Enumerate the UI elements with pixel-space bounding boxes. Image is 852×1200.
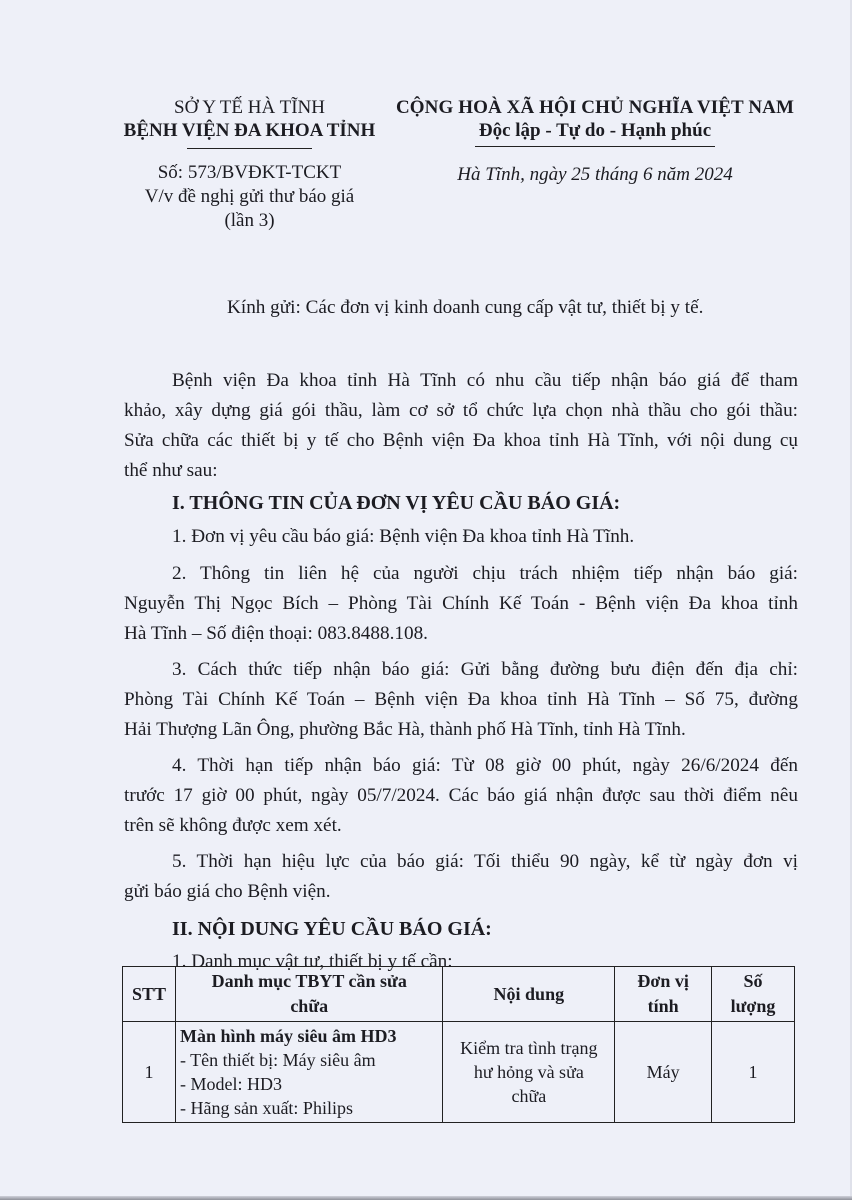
col-header-item-line-1: Danh mục TBYT cần sửa — [180, 969, 439, 994]
hospital-name: BỆNH VIỆN ĐA KHOA TỈNH — [112, 119, 387, 142]
content-line-1: Kiểm tra tình trạng — [447, 1036, 610, 1060]
national-header: CỘNG HOÀ XÃ HỘI CHỦ NGHĨA VIỆT NAM Độc l… — [365, 96, 825, 187]
intro-line-1: Bệnh viện Đa khoa tỉnh Hà Tĩnh có nhu cầ… — [172, 370, 798, 392]
section-1-item-3-line-1: 3. Cách thức tiếp nhận báo giá: Gửi bằng… — [172, 659, 798, 681]
section-1-item-5-line-1: 5. Thời hạn hiệu lực của báo giá: Tối th… — [172, 851, 798, 873]
col-header-unit: Đơn vị tính — [615, 967, 712, 1022]
item-title: Màn hình máy siêu âm HD3 — [180, 1024, 439, 1048]
document-page: SỞ Y TẾ HÀ TĨNH BỆNH VIỆN ĐA KHOA TỈNH S… — [0, 0, 852, 1200]
issuer-underline — [187, 148, 312, 149]
motto-underline — [475, 146, 715, 147]
section-1-item-4-line-1: 4. Thời hạn tiếp nhận báo giá: Từ 08 giờ… — [172, 755, 798, 777]
col-header-item: Danh mục TBYT cần sửa chữa — [175, 967, 443, 1022]
issuer-block: SỞ Y TẾ HÀ TĨNH BỆNH VIỆN ĐA KHOA TỈNH S… — [112, 96, 387, 233]
section-1-item-1: 1. Đơn vị yêu cầu báo giá: Bệnh viện Đa … — [172, 526, 634, 548]
section-1-item-4-line-2: trước 17 giờ 00 phút, ngày 05/7/2024. Cá… — [124, 785, 798, 807]
col-header-unit-line-2: tính — [619, 994, 707, 1019]
section-1-item-3-line-2: Phòng Tài Chính Kế Toán – Bệnh viện Đa k… — [124, 689, 798, 711]
cell-item: Màn hình máy siêu âm HD3 - Tên thiết bị:… — [175, 1022, 443, 1123]
col-header-content: Nội dung — [443, 967, 615, 1022]
item-detail-model: - Model: HD3 — [180, 1072, 439, 1096]
section-1-item-2-line-1: 2. Thông tin liên hệ của người chịu trác… — [172, 563, 798, 585]
document-date: Hà Tĩnh, ngày 25 tháng 6 năm 2024 — [365, 163, 825, 187]
table-header-row: STT Danh mục TBYT cần sửa chữa Nội dung … — [123, 967, 795, 1022]
department-name: SỞ Y TẾ HÀ TĨNH — [112, 96, 387, 119]
section-1-item-4-line-3: trên sẽ không được xem xét. — [124, 815, 342, 837]
section-1-heading: I. THÔNG TIN CỦA ĐƠN VỊ YÊU CẦU BÁO GIÁ: — [172, 492, 620, 515]
intro-line-3: Sửa chữa các thiết bị y tế cho Bệnh viện… — [124, 430, 798, 452]
equipment-table: STT Danh mục TBYT cần sửa chữa Nội dung … — [122, 966, 795, 1123]
recipient-line: Kính gửi: Các đơn vị kinh doanh cung cấp… — [227, 297, 703, 319]
scan-bottom-edge — [0, 1196, 852, 1200]
col-header-qty-line-2: lượng — [716, 994, 790, 1019]
item-detail-manufacturer: - Hãng sản xuất: Philips — [180, 1096, 439, 1120]
content-line-2: hư hỏng và sửa — [447, 1060, 610, 1084]
section-1-item-2-line-2: Nguyễn Thị Ngọc Bích – Phòng Tài Chính K… — [124, 593, 798, 615]
section-1-item-5-line-2: gửi báo giá cho Bệnh viện. — [124, 881, 331, 903]
col-header-stt: STT — [123, 967, 176, 1022]
intro-line-4: thể như sau: — [124, 460, 218, 482]
section-1-item-2-line-3: Hà Tĩnh – Số điện thoại: 083.8488.108. — [124, 623, 428, 645]
national-motto: Độc lập - Tự do - Hạnh phúc — [365, 119, 825, 142]
table-row: 1 Màn hình máy siêu âm HD3 - Tên thiết b… — [123, 1022, 795, 1123]
col-header-item-line-2: chữa — [180, 994, 439, 1019]
col-header-unit-line-1: Đơn vị — [619, 969, 707, 994]
col-header-qty-line-1: Số — [716, 969, 790, 994]
item-detail-device: - Tên thiết bị: Máy siêu âm — [180, 1048, 439, 1072]
col-header-quantity: Số lượng — [712, 967, 795, 1022]
section-1-item-3-line-3: Hải Thượng Lãn Ông, phường Bắc Hà, thành… — [124, 719, 686, 741]
intro-line-2: khảo, xây dựng giá gói thầu, làm cơ sở t… — [124, 400, 798, 422]
cell-content: Kiểm tra tình trạng hư hỏng và sửa chữa — [443, 1022, 615, 1123]
content-line-3: chữa — [447, 1084, 610, 1108]
subject-line-2: (lần 3) — [112, 209, 387, 233]
section-2-heading: II. NỘI DUNG YÊU CẦU BÁO GIÁ: — [172, 918, 492, 941]
nation-title: CỘNG HOÀ XÃ HỘI CHỦ NGHĨA VIỆT NAM — [365, 96, 825, 119]
cell-stt: 1 — [123, 1022, 176, 1123]
document-number: Số: 573/BVĐKT-TCKT — [112, 161, 387, 185]
cell-quantity: 1 — [712, 1022, 795, 1123]
cell-unit: Máy — [615, 1022, 712, 1123]
subject-line-1: V/v đề nghị gửi thư báo giá — [112, 185, 387, 209]
